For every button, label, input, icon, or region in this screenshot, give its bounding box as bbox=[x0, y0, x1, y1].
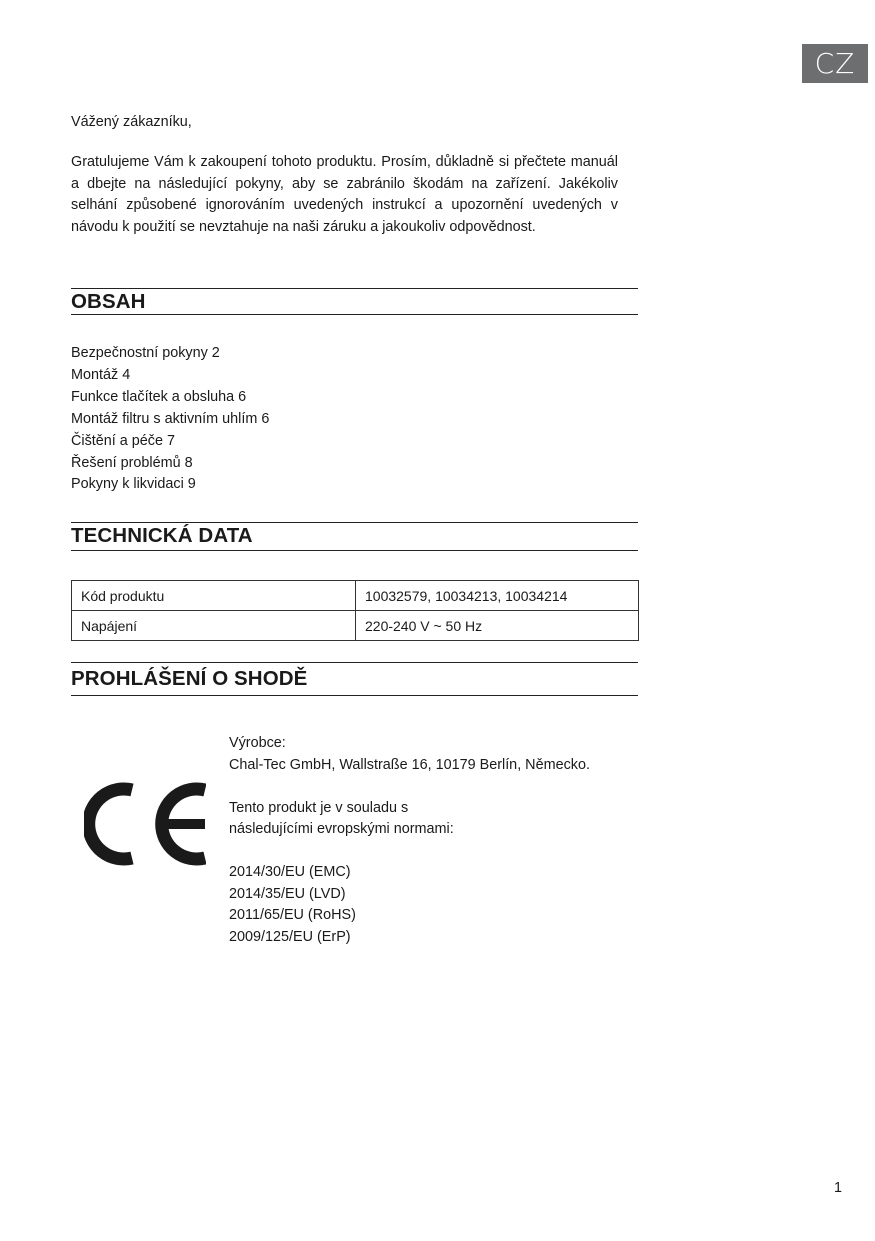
conformity-title: PROHLÁŠENÍ O SHODĚ bbox=[71, 663, 638, 691]
technical-data-section-header: TECHNICKÁ DATA bbox=[71, 522, 638, 551]
table-of-contents: Bezpečnostní pokyny 2 Montáž 4 Funkce tl… bbox=[71, 343, 269, 496]
standard-item: 2014/30/EU (EMC) bbox=[229, 862, 590, 884]
technical-data-table: Kód produktu 10032579, 10034213, 1003421… bbox=[71, 580, 639, 641]
toc-item[interactable]: Čištění a péče 7 bbox=[71, 431, 269, 453]
toc-item[interactable]: Montáž 4 bbox=[71, 365, 269, 387]
standard-item: 2009/125/EU (ErP) bbox=[229, 927, 590, 949]
spec-label: Kód produktu bbox=[72, 581, 356, 611]
manufacturer-label: Výrobce: bbox=[229, 733, 590, 755]
toc-item[interactable]: Funkce tlačítek a obsluha 6 bbox=[71, 387, 269, 409]
standard-item: 2011/65/EU (RoHS) bbox=[229, 905, 590, 927]
greeting: Vážený zákazníku, bbox=[71, 112, 192, 134]
conformity-statement: následujícími evropskými normami: bbox=[229, 819, 590, 841]
toc-item[interactable]: Řešení problémů 8 bbox=[71, 453, 269, 475]
conformity-section-header: PROHLÁŠENÍ O SHODĚ bbox=[71, 662, 638, 696]
toc-item[interactable]: Montáž filtru s aktivním uhlím 6 bbox=[71, 409, 269, 431]
standard-item: 2014/35/EU (LVD) bbox=[229, 884, 590, 906]
contents-title: OBSAH bbox=[71, 289, 638, 314]
language-badge: CZ bbox=[802, 44, 868, 83]
table-row: Napájení 220-240 V ~ 50 Hz bbox=[72, 611, 639, 641]
intro-paragraph: Gratulujeme Vám k zakoupení tohoto produ… bbox=[71, 152, 618, 238]
spec-value: 10032579, 10034213, 10034214 bbox=[356, 581, 639, 611]
contents-section-header: OBSAH bbox=[71, 288, 638, 315]
spec-value: 220-240 V ~ 50 Hz bbox=[356, 611, 639, 641]
conformity-statement: Tento produkt je v souladu s bbox=[229, 798, 590, 820]
table-row: Kód produktu 10032579, 10034213, 1003421… bbox=[72, 581, 639, 611]
conformity-details: Výrobce: Chal-Tec GmbH, Wallstraße 16, 1… bbox=[229, 733, 590, 948]
ce-mark-icon bbox=[84, 780, 206, 868]
manufacturer-address: Chal-Tec GmbH, Wallstraße 16, 10179 Berl… bbox=[229, 755, 590, 777]
spec-label: Napájení bbox=[72, 611, 356, 641]
technical-data-title: TECHNICKÁ DATA bbox=[71, 523, 638, 548]
page-number: 1 bbox=[834, 1180, 842, 1196]
toc-item[interactable]: Pokyny k likvidaci 9 bbox=[71, 474, 269, 496]
toc-item[interactable]: Bezpečnostní pokyny 2 bbox=[71, 343, 269, 365]
